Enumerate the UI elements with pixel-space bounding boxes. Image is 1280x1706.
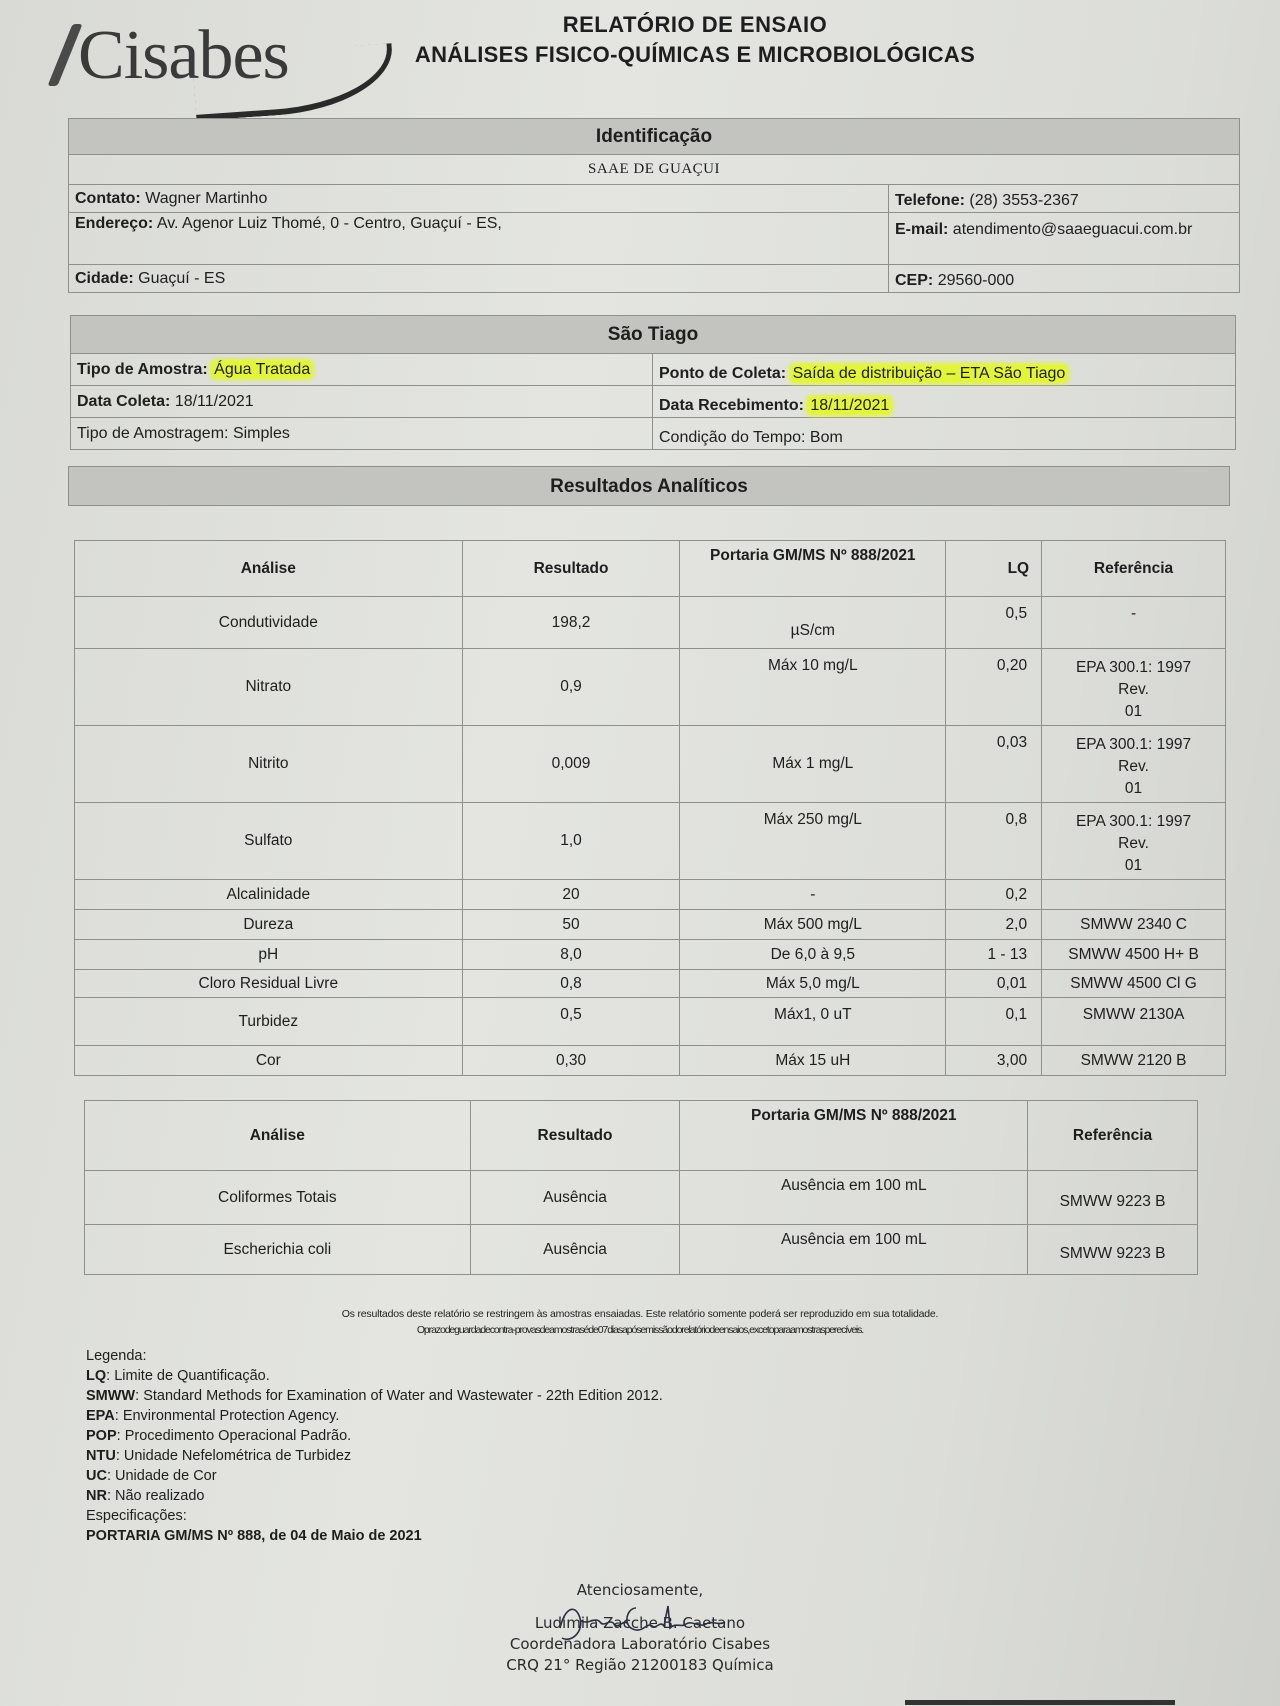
cep-value: 29560-000	[938, 272, 1015, 289]
identification-heading: Identificação	[69, 119, 1240, 155]
table-row: Cloro Residual Livre0,8Máx 5,0 mg/L0,01S…	[75, 970, 1226, 998]
address-label: Endereço:	[75, 215, 153, 232]
limit-cell: µS/cm	[680, 597, 946, 649]
limit-cell: Máx1, 0 uT	[680, 998, 946, 1046]
result-cell: 20	[462, 880, 680, 910]
legend-item: LQ: Limite de Quantificação.	[86, 1366, 663, 1386]
legend-item: SMWW: Standard Methods for Examination o…	[86, 1386, 663, 1406]
lq-cell: 0,5	[946, 597, 1042, 649]
legend-separator: :	[107, 1488, 115, 1504]
legend-separator: :	[107, 1468, 115, 1484]
legend-description: Não realizado	[115, 1488, 204, 1504]
legend: Legenda: LQ: Limite de Quantificação.SMW…	[86, 1346, 663, 1546]
legend-key: SMWW	[86, 1388, 135, 1404]
table-row: Nitrito0,009Máx 1 mg/L0,03EPA 300.1: 199…	[75, 726, 1226, 803]
analysis-cell: Sulfato	[75, 803, 463, 880]
city-label: Cidade:	[75, 270, 134, 287]
legend-description: Standard Methods for Examination of Wate…	[143, 1388, 663, 1404]
result-cell: 0,30	[462, 1046, 680, 1076]
disclaimer-line2: Oprazodeguardadecontra-provasdeamostrasé…	[240, 1322, 1040, 1338]
analysis-cell: Escherichia coli	[85, 1225, 471, 1275]
table-row: Alcalinidade20-0,2	[75, 880, 1226, 910]
legend-separator: :	[116, 1448, 124, 1464]
page-edge-shadow	[905, 1700, 1175, 1705]
reference-cell: SMWW 4500 Cl G	[1042, 970, 1226, 998]
weather-label: Condição do Tempo:	[659, 429, 805, 446]
cisabes-logo: Cisabes	[44, 10, 364, 110]
city-value: Guaçuí - ES	[138, 270, 225, 287]
spec-title: Especificações:	[86, 1506, 663, 1526]
lq-cell: 0,20	[946, 649, 1042, 726]
table-row: Escherichia coliAusênciaAusência em 100 …	[85, 1225, 1198, 1275]
reference-cell: SMWW 4500 H+ B	[1042, 940, 1226, 970]
collection-date-value: 18/11/2021	[175, 393, 254, 410]
col-header-result: Resultado	[462, 541, 680, 597]
legend-separator: :	[106, 1368, 114, 1384]
result-cell: Ausência	[470, 1225, 680, 1275]
email-label: E-mail:	[895, 221, 948, 238]
table-row: Turbidez0,5Máx1, 0 uT0,1SMWW 2130A	[75, 998, 1226, 1046]
micro-col-header-analysis: Análise	[85, 1101, 471, 1171]
limit-cell: Ausência em 100 mL	[680, 1171, 1028, 1225]
reference-line: Rev.	[1046, 756, 1221, 778]
legend-key: NR	[86, 1488, 107, 1504]
legend-description: Unidade Nefelométrica de Turbidez	[124, 1448, 351, 1464]
reference-cell: SMWW 2120 B	[1042, 1046, 1226, 1076]
reference-line: 01	[1046, 855, 1221, 877]
analysis-cell: Alcalinidade	[75, 880, 463, 910]
reference-cell: EPA 300.1: 1997Rev.01	[1042, 803, 1226, 880]
legend-item: EPA: Environmental Protection Agency.	[86, 1406, 663, 1426]
legend-separator: :	[135, 1388, 143, 1404]
lq-cell: 0,8	[946, 803, 1042, 880]
signatory-registration: CRQ 21° Região 21200183 Química	[440, 1655, 840, 1676]
legend-description: Procedimento Operacional Padrão.	[125, 1428, 352, 1444]
table-row: Coliformes TotaisAusênciaAusência em 100…	[85, 1171, 1198, 1225]
reference-cell: -	[1042, 597, 1226, 649]
lq-cell: 3,00	[946, 1046, 1042, 1076]
collection-point-field: Ponto de Coleta: Saída de distribuição –…	[653, 354, 1236, 386]
reference-line: Rev.	[1046, 833, 1221, 855]
reference-line: Rev.	[1046, 679, 1221, 701]
collection-point-value: Saída de distribuição – ETA São Tiago	[791, 365, 1068, 382]
address-field: Endereço: Av. Agenor Luiz Thomé, 0 - Cen…	[69, 213, 889, 265]
reference-cell: SMWW 2130A	[1042, 998, 1226, 1046]
legend-key: EPA	[86, 1408, 115, 1424]
limit-cell: Máx 10 mg/L	[680, 649, 946, 726]
microbiological-results-table: Análise Resultado Portaria GM/MS Nº 888/…	[84, 1100, 1198, 1275]
analysis-cell: Nitrato	[75, 649, 463, 726]
contact-value: Wagner Martinho	[145, 190, 267, 207]
col-header-portaria: Portaria GM/MS Nº 888/2021	[680, 541, 946, 597]
reference-cell: EPA 300.1: 1997Rev.01	[1042, 649, 1226, 726]
sample-table: São Tiago Tipo de Amostra: Água Tratada …	[70, 315, 1236, 450]
result-cell: 0,9	[462, 649, 680, 726]
disclaimer-line1: Os resultados deste relatório se restrin…	[240, 1306, 1040, 1322]
col-header-analysis: Análise	[75, 541, 463, 597]
sample-type-value: Água Tratada	[212, 361, 312, 378]
city-field: Cidade: Guaçuí - ES	[69, 265, 889, 293]
email-field: E-mail: atendimento@saaeguacui.com.br	[889, 213, 1240, 265]
legend-item: NR: Não realizado	[86, 1486, 663, 1506]
micro-col-header-portaria: Portaria GM/MS Nº 888/2021	[680, 1101, 1028, 1171]
weather-field: Condição do Tempo: Bom	[653, 418, 1236, 450]
cep-label: CEP:	[895, 272, 933, 289]
report-title-line2: ANÁLISES FISICO-QUÍMICAS E MICROBIOLÓGIC…	[395, 42, 995, 68]
legend-key: LQ	[86, 1368, 106, 1384]
contact-field: Contato: Wagner Martinho	[69, 185, 889, 213]
cep-field: CEP: 29560-000	[889, 265, 1240, 293]
analysis-cell: Nitrito	[75, 726, 463, 803]
table-row: pH8,0De 6,0 à 9,51 - 13SMWW 4500 H+ B	[75, 940, 1226, 970]
limit-cell: Máx 500 mg/L	[680, 910, 946, 940]
legend-item: POP: Procedimento Operacional Padrão.	[86, 1426, 663, 1446]
col-header-reference: Referência	[1042, 541, 1226, 597]
analytic-results-table: Análise Resultado Portaria GM/MS Nº 888/…	[74, 540, 1226, 1076]
collection-point-label: Ponto de Coleta:	[659, 365, 786, 382]
analytic-header-row: Análise Resultado Portaria GM/MS Nº 888/…	[75, 541, 1226, 597]
result-cell: 0,009	[462, 726, 680, 803]
analysis-cell: Coliformes Totais	[85, 1171, 471, 1225]
limit-cell: Máx 1 mg/L	[680, 726, 946, 803]
handwritten-signature-icon	[540, 1598, 740, 1648]
legend-key: POP	[86, 1428, 117, 1444]
sampling-type-value: Simples	[233, 425, 290, 442]
sampling-type-label: Tipo de Amostragem:	[77, 425, 228, 442]
limit-cell: Máx 15 uH	[680, 1046, 946, 1076]
micro-header-row: Análise Resultado Portaria GM/MS Nº 888/…	[85, 1101, 1198, 1171]
analysis-cell: pH	[75, 940, 463, 970]
legend-separator: :	[117, 1428, 125, 1444]
legend-description: Unidade de Cor	[115, 1468, 217, 1484]
legend-title: Legenda:	[86, 1346, 663, 1366]
reference-line: 01	[1046, 701, 1221, 723]
lq-cell: 0,01	[946, 970, 1042, 998]
report-title: RELATÓRIO DE ENSAIO ANÁLISES FISICO-QUÍM…	[395, 12, 995, 68]
reference-line: EPA 300.1: 1997	[1046, 811, 1221, 833]
result-cell: 50	[462, 910, 680, 940]
legend-item: NTU: Unidade Nefelométrica de Turbidez	[86, 1446, 663, 1466]
disclaimer: Os resultados deste relatório se restrin…	[240, 1306, 1040, 1338]
legend-key: NTU	[86, 1448, 116, 1464]
legend-separator: :	[115, 1408, 123, 1424]
sample-type-label: Tipo de Amostra:	[77, 361, 208, 378]
result-cell: 1,0	[462, 803, 680, 880]
logo-swoosh	[192, 43, 396, 121]
reference-cell: SMWW 9223 B	[1028, 1225, 1198, 1275]
email-value: atendimento@saaeguacui.com.br	[953, 221, 1193, 238]
collection-date-label: Data Coleta:	[77, 393, 170, 410]
phone-label: Telefone:	[895, 192, 965, 209]
analysis-cell: Cloro Residual Livre	[75, 970, 463, 998]
collection-date-field: Data Coleta: 18/11/2021	[71, 386, 653, 418]
result-cell: 198,2	[462, 597, 680, 649]
legend-item: UC: Unidade de Cor	[86, 1466, 663, 1486]
result-cell: 0,5	[462, 998, 680, 1046]
col-header-lq: LQ	[946, 541, 1042, 597]
reference-cell: SMWW 9223 B	[1028, 1171, 1198, 1225]
limit-cell: -	[680, 880, 946, 910]
reference-cell: EPA 300.1: 1997Rev.01	[1042, 726, 1226, 803]
legend-description: Limite de Quantificação.	[114, 1368, 270, 1384]
limit-cell: De 6,0 à 9,5	[680, 940, 946, 970]
reference-line: EPA 300.1: 1997	[1046, 657, 1221, 679]
analysis-cell: Cor	[75, 1046, 463, 1076]
received-date-label: Data Recebimento:	[659, 397, 804, 414]
reference-line: 01	[1046, 778, 1221, 800]
identification-table: Identificação SAAE DE GUAÇUI Contato: Wa…	[68, 118, 1240, 293]
client-name: SAAE DE GUAÇUI	[69, 155, 1240, 185]
sampling-type-field: Tipo de Amostragem: Simples	[71, 418, 653, 450]
table-row: Dureza50Máx 500 mg/L2,0SMWW 2340 C	[75, 910, 1226, 940]
lq-cell: 1 - 13	[946, 940, 1042, 970]
limit-cell: Máx 5,0 mg/L	[680, 970, 946, 998]
reference-cell	[1042, 880, 1226, 910]
sample-heading: São Tiago	[71, 316, 1236, 354]
reference-line: EPA 300.1: 1997	[1046, 734, 1221, 756]
address-value: Av. Agenor Luiz Thomé, 0 - Centro, Guaçu…	[157, 215, 502, 232]
legend-key: UC	[86, 1468, 107, 1484]
phone-value: (28) 3553-2367	[969, 192, 1078, 209]
limit-cell: Máx 250 mg/L	[680, 803, 946, 880]
table-row: Sulfato1,0Máx 250 mg/L0,8EPA 300.1: 1997…	[75, 803, 1226, 880]
lq-cell: 2,0	[946, 910, 1042, 940]
lq-cell: 0,03	[946, 726, 1042, 803]
limit-cell: Ausência em 100 mL	[680, 1225, 1028, 1275]
legend-description: Environmental Protection Agency.	[123, 1408, 340, 1424]
phone-field: Telefone: (28) 3553-2367	[889, 185, 1240, 213]
result-cell: Ausência	[470, 1171, 680, 1225]
analysis-cell: Turbidez	[75, 998, 463, 1046]
result-cell: 0,8	[462, 970, 680, 998]
analysis-cell: Condutividade	[75, 597, 463, 649]
results-heading: Resultados Analíticos	[68, 466, 1230, 506]
lq-cell: 0,1	[946, 998, 1042, 1046]
weather-value: Bom	[810, 429, 843, 446]
table-row: Nitrato0,9Máx 10 mg/L0,20EPA 300.1: 1997…	[75, 649, 1226, 726]
received-date-value: 18/11/2021	[808, 397, 891, 414]
result-cell: 8,0	[462, 940, 680, 970]
spec-value: PORTARIA GM/MS Nº 888, de 04 de Maio de …	[86, 1526, 663, 1546]
table-row: Cor0,30Máx 15 uH3,00SMWW 2120 B	[75, 1046, 1226, 1076]
report-page: Cisabes RELATÓRIO DE ENSAIO ANÁLISES FIS…	[0, 0, 1280, 1706]
micro-col-header-reference: Referência	[1028, 1101, 1198, 1171]
contact-label: Contato:	[75, 190, 141, 207]
analysis-cell: Dureza	[75, 910, 463, 940]
micro-col-header-result: Resultado	[470, 1101, 680, 1171]
report-title-line1: RELATÓRIO DE ENSAIO	[395, 12, 995, 38]
reference-cell: SMWW 2340 C	[1042, 910, 1226, 940]
table-row: Condutividade198,2µS/cm0,5-	[75, 597, 1226, 649]
received-date-field: Data Recebimento: 18/11/2021	[653, 386, 1236, 418]
sample-type-field: Tipo de Amostra: Água Tratada	[71, 354, 653, 386]
lq-cell: 0,2	[946, 880, 1042, 910]
